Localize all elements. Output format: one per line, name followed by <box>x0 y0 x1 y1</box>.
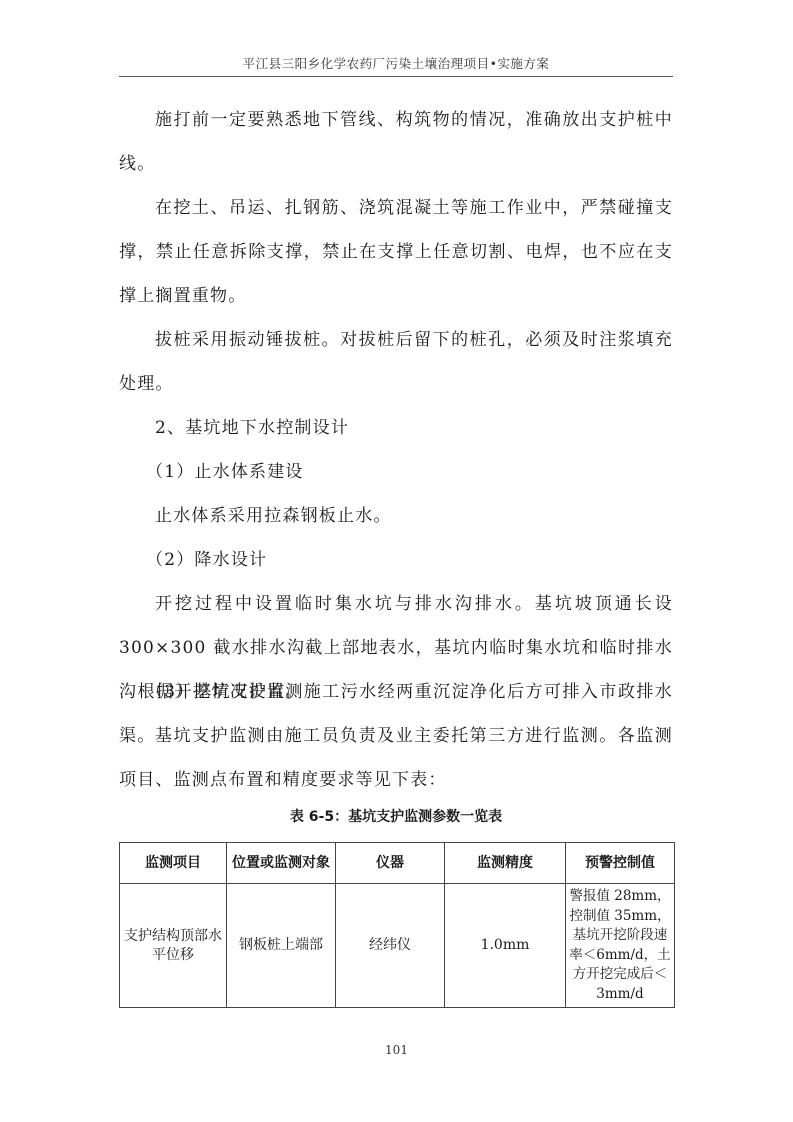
table-row: 支护结构顶部水平位移 钢板桩上端部 经纬仪 1.0mm 警报值 28mm，控制值… <box>120 884 675 1008</box>
monitoring-table: 监测项目 位置或监测对象 仪器 监测精度 预警控制值 支护结构顶部水平位移 钢板… <box>119 842 675 1008</box>
header-warning-value: 预警控制值 <box>566 843 675 884</box>
header-precision: 监测精度 <box>445 843 566 884</box>
header-location: 位置或监测对象 <box>227 843 336 884</box>
paragraph-cutoff: 止水体系采用拉森钢板止水。 <box>119 494 709 538</box>
cell-instrument: 经纬仪 <box>336 884 445 1008</box>
paragraph-pile-extraction: 拔桩采用振动锤拔桩。对拔桩后留下的桩孔，必须及时注浆填充处理。 <box>119 318 673 406</box>
table-header-row: 监测项目 位置或监测对象 仪器 监测精度 预警控制值 <box>120 843 675 884</box>
subheading-cutoff-system: （1）止水体系建设 <box>119 450 700 494</box>
cell-monitoring-item: 支护结构顶部水平位移 <box>120 884 227 1008</box>
cell-location: 钢板桩上端部 <box>227 884 336 1008</box>
subheading-dewatering: （2）降水设计 <box>119 538 700 582</box>
subheading-monitoring: （3）基坑支护监测 <box>119 670 700 714</box>
cell-warning-value: 警报值 28mm，控制值 35mm，基坑开挖阶段速率＜6mm/d，土方开挖完成后… <box>566 884 675 1008</box>
page-number: 101 <box>0 1043 793 1057</box>
cell-precision: 1.0mm <box>445 884 566 1008</box>
paragraph-pile-layout: 施打前一定要熟悉地下管线、构筑物的情况，准确放出支护桩中线。 <box>119 98 673 186</box>
header-monitoring-item: 监测项目 <box>120 843 227 884</box>
header-divider <box>119 76 673 77</box>
table-caption: 表 6-5：基坑支护监测参数一览表 <box>119 806 673 826</box>
paragraph-support-protection: 在挖土、吊运、扎钢筋、浇筑混凝土等施工作业中，严禁碰撞支撑，禁止任意拆除支撑，禁… <box>119 186 673 318</box>
paragraph-monitoring: 基坑支护监测由施工员负责及业主委托第三方进行监测。各监测项目、监测点布置和精度要… <box>119 714 673 802</box>
section-heading-groundwater: 2、基坑地下水控制设计 <box>119 406 709 450</box>
header-instrument: 仪器 <box>336 843 445 884</box>
running-header: 平江县三阳乡化学农药厂污染土壤治理项目•实施方案 <box>119 54 673 72</box>
